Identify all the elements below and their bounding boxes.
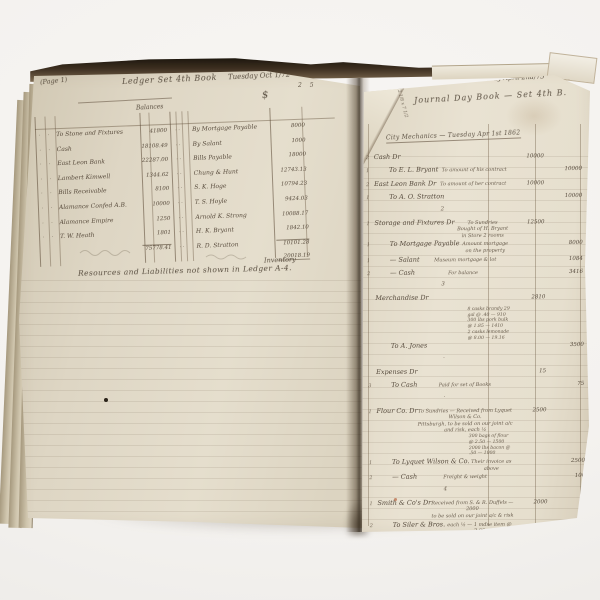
entry-account: Storage and Fixtures Dr [374, 218, 454, 227]
journal-entry-row: 1 Smith & Co's Dr Received from S. & R. … [369, 497, 585, 521]
date-tick: · [37, 191, 46, 197]
entry-memo: 100 bu wheat at 2.80 [425, 562, 514, 570]
entry-number: 2 [366, 155, 374, 161]
entry-memo [401, 158, 510, 159]
entry-memo: 8 casks brandy 29 gal @ .40 — 910 300 lb… [467, 306, 511, 341]
folio-ticks: · · [170, 215, 191, 222]
entry-number: 1 [368, 409, 376, 415]
entry-number: 4 [370, 563, 378, 569]
date-tick: · [39, 235, 48, 241]
entry-memo [429, 299, 512, 300]
date-tick: · [47, 205, 56, 211]
folio-ticks: · · [167, 127, 188, 134]
entry-account: To Mortgage Payable [390, 240, 460, 249]
entry-debit-amount: 10000 [510, 180, 544, 186]
entry-memo: To Sundries — Received from Lyquet Wilso… [418, 407, 513, 434]
entry-credit-amount: 10000 [544, 193, 582, 199]
credit-amount: 18000 [273, 152, 306, 159]
debit-amount: 10000 [141, 201, 170, 208]
balances-column-header: Balances [136, 103, 164, 111]
entry-memo [427, 347, 511, 348]
pencil-scribble [204, 253, 260, 261]
entry-account: To Siler & Bros. [393, 520, 446, 529]
debit-amount: 1250 [141, 215, 170, 222]
debit-amount: 18108.49 [139, 142, 168, 149]
folio-ticks [172, 261, 193, 262]
entry-memo: To Sundries Bought of H. Bryant in Store… [455, 219, 511, 239]
entry-account: Flour Co. Dr [376, 406, 417, 414]
date-tick: · [36, 147, 45, 153]
entry-account: Adams Dr [378, 547, 411, 555]
entry-memo [444, 198, 510, 199]
journal-entry-row: 8 casks brandy 29 gal @ .40 — 910 300 lb… [367, 306, 583, 343]
credit-account: By Mortgage Payable [188, 123, 272, 133]
credit-amount: 9424.03 [275, 196, 308, 203]
credit-amount: 10794.23 [274, 181, 307, 188]
entry-memo: Received from S. & R. Duffels — 2000 to … [431, 499, 513, 520]
entry-number: 2 [367, 271, 375, 277]
entry-memo: 2 [374, 205, 510, 213]
entry-memo: Museum mortgage & lot [420, 256, 511, 264]
date-tick: · [47, 220, 56, 226]
date-tick: · [45, 161, 54, 167]
folio-ticks: · · [169, 171, 190, 178]
date-tick: · [36, 162, 45, 168]
entry-account: To E. L. Bryant [389, 166, 438, 175]
journal-subheader: City Mechanics — Tuesday Apr 1st 1862 [386, 129, 521, 143]
entry-number: 1 [369, 501, 377, 507]
entry-debit-amount: 2810 [511, 295, 545, 301]
entry-account: To Cash [391, 381, 417, 389]
entry-account: Smith & Co's Dr [377, 498, 431, 507]
entry-credit-amount: 8000 [545, 240, 583, 246]
credit-amount: 1000 [272, 137, 305, 144]
entry-number: 1 [367, 242, 375, 248]
folio-ticks: · · [168, 156, 189, 163]
entry-number: 1 [367, 221, 375, 227]
entry-number: 3 [368, 383, 376, 389]
credit-amount: 8000 [272, 123, 305, 130]
entry-credit-amount: 3500 [546, 342, 584, 348]
journal-entry-row: 1 Storage and Fixtures Dr To Sundries Bo… [366, 216, 582, 240]
ledger-photo: (Page 1) Ledger Set 4th Book Tuesday Oct… [0, 0, 600, 600]
entry-number: 1 [366, 168, 374, 174]
entry-memo: Amount mortgage on the property [460, 241, 511, 255]
entry-memo: Paid for set of Books [417, 382, 512, 390]
folio-ticks: · · [169, 185, 190, 192]
debit-account: To Stone and Fixtures [53, 128, 138, 138]
date-tick: · [46, 176, 55, 182]
entry-debit-amount: 2000 [513, 499, 547, 505]
left-ledger-page: (Page 1) Ledger Set 4th Book Tuesday Oct… [16, 70, 362, 530]
folio-ticks: · · [170, 200, 191, 207]
debit-amount: 1801 [142, 230, 171, 237]
date-tick: · [38, 206, 47, 212]
folio-ticks: · · [171, 244, 192, 251]
entry-memo: Sold Wm H. Woolsey — 16.00 [411, 548, 514, 556]
date-tick: · [46, 191, 55, 197]
entry-credit-amount: 100 [547, 473, 585, 479]
date-tick: · [45, 147, 54, 153]
debit-amount: 1344.62 [140, 172, 169, 179]
credit-amount: 12743.13 [274, 166, 307, 173]
entry-memo: To amount of her contract [436, 180, 510, 187]
entry-memo: · [376, 354, 512, 362]
credit-amount: 10101.28 [276, 238, 309, 246]
entry-account: — Cash [392, 473, 417, 481]
credit-amount: 1842.10 [276, 225, 309, 232]
entry-memo: Their invoice as above [469, 459, 513, 473]
entry-memo: Freight & weight [417, 474, 513, 482]
entry-account: — Salant [390, 255, 420, 263]
entry-number: 1 [367, 258, 375, 264]
right-journal-page: 12 1/8 x 7 1/2 Journal Day Book — Set 4t… [356, 66, 594, 536]
entry-credit-amount: 48.77½ [548, 561, 586, 568]
entry-memo: 3 [375, 281, 511, 289]
entry-memo: For balance [415, 270, 511, 278]
entry-credit-amount: 75 [546, 381, 584, 387]
entry-memo [418, 372, 512, 373]
page-corner-number: 2 5 [298, 82, 317, 89]
journal-entry-row: 300 bags of flour @ 2.50 — 1500 2000 lbs… [369, 433, 585, 458]
entry-memo: 300 bags of flour @ 2.50 — 1500 2000 lbs… [469, 434, 513, 458]
entry-account: Expenses Dr [376, 367, 418, 375]
folio-ticks: · · [168, 142, 189, 149]
date-tick: · [44, 132, 53, 138]
entry-debit-amount: 12500 [510, 219, 544, 225]
page-label: (Page 1) [40, 76, 68, 87]
entry-number: 1 [369, 460, 377, 466]
entry-account: To Mdse Co. J. [378, 561, 425, 569]
entry-credit-amount: 2500 [547, 458, 585, 464]
entry-account: To A. Jones [391, 342, 428, 350]
date-tick: · [35, 133, 44, 139]
debit-amount: 75778.41 [142, 244, 171, 252]
entry-credit-amount: 3416 [545, 269, 583, 275]
entry-memo: 4 [377, 485, 513, 493]
entry-memo: To amount of his contract [438, 167, 510, 174]
folio-ticks: · · [171, 229, 192, 236]
entry-credit-amount: 1084 [545, 255, 583, 261]
entry-memo: · [376, 393, 512, 401]
entry-account: To A. O. Stratton [389, 192, 444, 201]
date-tick: · [48, 234, 57, 240]
entry-number: 2 [370, 523, 378, 529]
date-tick: · [38, 220, 47, 226]
debit-amount: 22287.00 [139, 157, 168, 164]
journal-entry-row: 1 Flour Co. Dr To Sundries — Received fr… [368, 405, 584, 436]
ruled-lines [16, 270, 362, 520]
entry-number: 2 [366, 182, 374, 188]
debit-amount: 41800 [138, 128, 167, 135]
entry-credit-amount: 10000 [544, 166, 582, 172]
journal-entries: 2 Cash Dr 10000 1 To E. L. Bryant To amo… [366, 151, 586, 576]
entry-number: 2 [369, 475, 377, 481]
entry-number: 3 [370, 550, 378, 556]
entry-debit-amount: 15 [512, 368, 546, 374]
currency-flourish: $ [262, 90, 269, 101]
debit-amount [143, 262, 172, 263]
journal-entry-row: 3 Adams Dr Sold Wm H. Woolsey — 16.00 [370, 546, 586, 562]
entry-debit-amount: 2500 [512, 407, 546, 413]
entry-account: East Leon Bank Dr [374, 179, 436, 188]
pencil-scribble [78, 248, 138, 256]
entry-debit-amount: 28.78 [514, 561, 548, 568]
journal-entry-row: 4 To Mdse Co. J. 100 bu wheat at 2.80 28… [370, 559, 586, 576]
small-stain-dot [394, 498, 397, 501]
debit-amount: 8100 [140, 186, 169, 193]
entry-account: Merchandise Dr [375, 294, 428, 303]
entry-account: Cash Dr [374, 153, 401, 161]
entry-debit-amount: 10000 [510, 153, 544, 159]
credit-amount: 10088.17 [275, 210, 308, 217]
entry-account: — Cash [390, 269, 415, 277]
ink-spot [104, 398, 108, 402]
debit-account [58, 263, 143, 266]
date-tick: · [37, 176, 46, 182]
left-page-title: Ledger Set 4th Book [122, 73, 217, 86]
entry-account: To Lyquet Wilson & Co. [392, 457, 470, 466]
entry-number: 1 [366, 195, 374, 201]
